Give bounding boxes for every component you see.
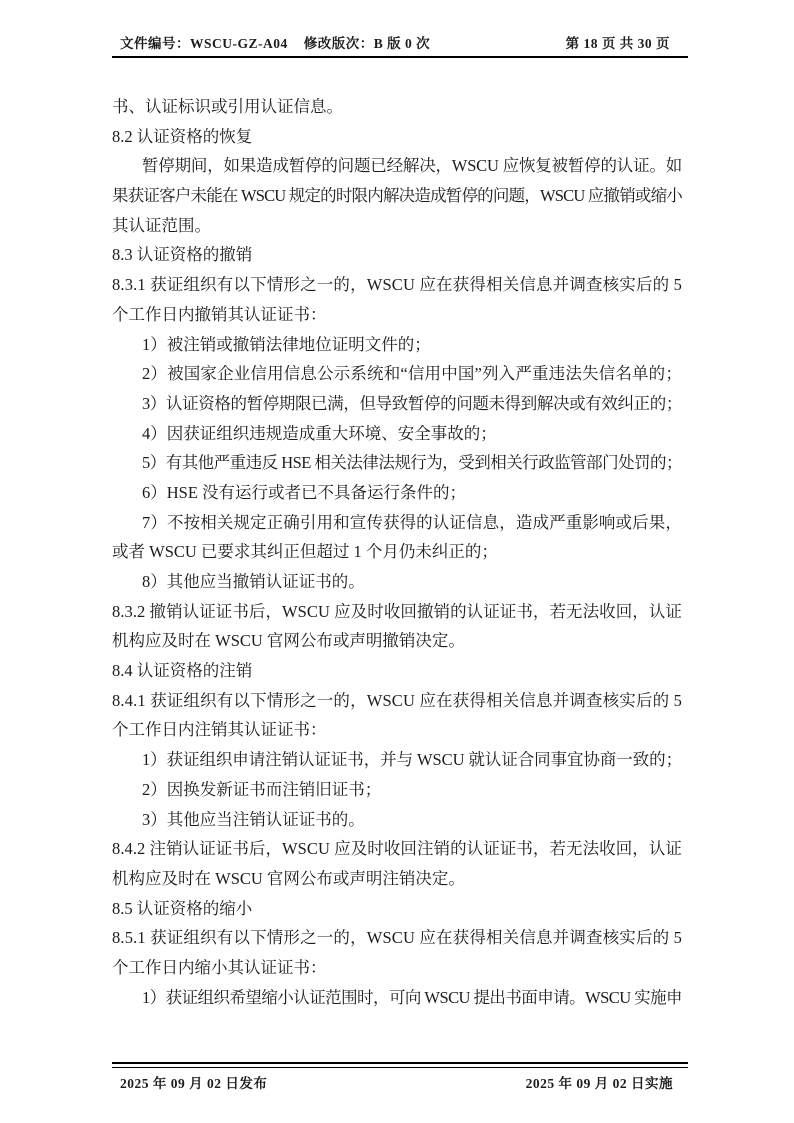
body-line-text: 2）被国家企业信用信息公示系统和“信用中国”列入严重违法失信名单的； [142,359,682,389]
body-line: 个工作日内缩小其认证证书： [112,953,682,983]
page-footer: 2025 年 09 月 02 日发布 2025 年 09 月 02 日实施 [112,1072,688,1092]
body-line: 其认证范围。 [112,211,682,241]
body-line-text: 果获证客户未能在 WSCU 规定的时限内解决造成暂停的问题，WSCU 应撤销或缩… [112,181,682,211]
body-line: 8.4.1 获证组织有以下情形之一的，WSCU 应在获得相关信息并调查核实后的 … [112,686,682,716]
body-line: 8.2 认证资格的恢复 [112,122,682,152]
body-line-text: 1）获证组织申请注销认证证书，并与 WSCU 就认证合同事宜协商一致的； [142,745,682,775]
body-line-text: 2）因换发新证书而注销旧证书； [142,775,381,805]
body-line-text: 个工作日内注销其认证证书： [112,715,327,745]
body-line-text: 或者 WSCU 已要求其纠正但超过 1 个月仍未纠正的； [112,537,498,567]
body-line-text: 8.3.1 获证组织有以下情形之一的，WSCU 应在获得相关信息并调查核实后的 … [112,270,682,300]
body-line-text: 8.4.1 获证组织有以下情形之一的，WSCU 应在获得相关信息并调查核实后的 … [112,686,682,716]
body-line-text: 机构应及时在 WSCU 官网公布或声明注销决定。 [112,864,465,894]
body-line-text: 8.5.1 获证组织有以下情形之一的，WSCU 应在获得相关信息并调查核实后的 … [112,923,682,953]
body-line: 8.4.2 注销认证证书后，WSCU 应及时收回注销的认证证书，若无法收回，认证 [112,834,682,864]
body-line: 2）被国家企业信用信息公示系统和“信用中国”列入严重违法失信名单的； [112,359,682,389]
body-line: 8.3.1 获证组织有以下情形之一的，WSCU 应在获得相关信息并调查核实后的 … [112,270,682,300]
header-rule [112,56,688,58]
footer-rule [112,1062,688,1068]
body-line: 4）因获证组织违规造成重大环境、安全事故的； [112,419,682,449]
body-line-text: 个工作日内缩小其认证证书： [112,953,327,983]
document-body: 书、认证标识或引用认证信息。8.2 认证资格的恢复暂停期间，如果造成暂停的问题已… [112,92,682,1012]
body-line: 5）有其他严重违反 HSE 相关法律法规行为，受到相关行政监管部门处罚的； [112,448,682,478]
body-line: 8）其他应当撤销认证证书的。 [112,567,682,597]
release-date: 2025 年 09 月 02 日发布 [120,1072,267,1092]
body-line: 8.5.1 获证组织有以下情形之一的，WSCU 应在获得相关信息并调查核实后的 … [112,923,682,953]
body-line: 8.3.2 撤销认证证书后，WSCU 应及时收回撤销的认证证书，若无法收回，认证 [112,597,682,627]
body-line: 3）认证资格的暂停期限已满，但导致暂停的问题未得到解决或有效纠正的； [112,389,682,419]
body-line: 机构应及时在 WSCU 官网公布或声明撤销决定。 [112,626,682,656]
body-line: 暂停期间，如果造成暂停的问题已经解决，WSCU 应恢复被暂停的认证。如 [112,151,682,181]
page-number-info: 第 18 页 共 30 页 [566,32,670,52]
body-line: 机构应及时在 WSCU 官网公布或声明注销决定。 [112,864,682,894]
body-line-text: 3）其他应当注销认证证书的。 [142,805,365,835]
body-line: 6）HSE 没有运行或者已不具备运行条件的； [112,478,682,508]
revision-info: 修改版次：B 版 0 次 [304,32,430,52]
body-line-text: 6）HSE 没有运行或者已不具备运行条件的； [142,478,466,508]
body-line: 1）获证组织申请注销认证证书，并与 WSCU 就认证合同事宜协商一致的； [112,745,682,775]
body-line-text: 5）有其他严重违反 HSE 相关法律法规行为，受到相关行政监管部门处罚的； [142,448,682,478]
body-line-text: 7）不按相关规定正确引用和宣传获得的认证信息，造成严重影响或后果， [142,508,682,538]
body-line-text: 其认证范围。 [112,211,211,241]
document-page: 文件编号：WSCU-GZ-A04 修改版次：B 版 0 次 第 18 页 共 3… [0,0,794,1123]
doc-number: 文件编号：WSCU-GZ-A04 [120,32,288,52]
body-line: 8.3 认证资格的撤销 [112,240,682,270]
body-line: 果获证客户未能在 WSCU 规定的时限内解决造成暂停的问题，WSCU 应撤销或缩… [112,181,682,211]
body-line: 1）获证组织希望缩小认证范围时，可向 WSCU 提出书面申请。WSCU 实施申 [112,983,682,1013]
body-line-text: 8.5 认证资格的缩小 [112,894,252,924]
body-line: 个工作日内撤销其认证证书： [112,300,682,330]
body-line: 1）被注销或撤销法律地位证明文件的； [112,330,682,360]
body-line-text: 机构应及时在 WSCU 官网公布或声明撤销决定。 [112,626,465,656]
body-line-text: 8.2 认证资格的恢复 [112,122,252,152]
body-line-text: 个工作日内撤销其认证证书： [112,300,327,330]
body-line: 书、认证标识或引用认证信息。 [112,92,682,122]
body-line-text: 8.3 认证资格的撤销 [112,240,252,270]
body-line-text: 书、认证标识或引用认证信息。 [112,92,343,122]
body-line: 7）不按相关规定正确引用和宣传获得的认证信息，造成严重影响或后果， [112,508,682,538]
body-line: 8.5 认证资格的缩小 [112,894,682,924]
body-line-text: 8.4.2 注销认证证书后，WSCU 应及时收回注销的认证证书，若无法收回，认证 [112,834,682,864]
body-line-text: 1）被注销或撤销法律地位证明文件的； [142,330,431,360]
body-line-text: 暂停期间，如果造成暂停的问题已经解决，WSCU 应恢复被暂停的认证。如 [142,151,682,181]
body-line-text: 8.4 认证资格的注销 [112,656,252,686]
body-line: 或者 WSCU 已要求其纠正但超过 1 个月仍未纠正的； [112,537,682,567]
body-line: 2）因换发新证书而注销旧证书； [112,775,682,805]
body-line-text: 1）获证组织希望缩小认证范围时，可向 WSCU 提出书面申请。WSCU 实施申 [142,983,682,1013]
body-line-text: 8）其他应当撤销认证证书的。 [142,567,365,597]
body-line-text: 4）因获证组织违规造成重大环境、安全事故的； [142,419,497,449]
body-line-text: 8.3.2 撤销认证证书后，WSCU 应及时收回撤销的认证证书，若无法收回，认证 [112,597,682,627]
body-line: 个工作日内注销其认证证书： [112,715,682,745]
page-header: 文件编号：WSCU-GZ-A04 修改版次：B 版 0 次 第 18 页 共 3… [112,32,688,52]
body-line: 3）其他应当注销认证证书的。 [112,805,682,835]
body-line-text: 3）认证资格的暂停期限已满，但导致暂停的问题未得到解决或有效纠正的； [142,389,682,419]
implement-date: 2025 年 09 月 02 日实施 [526,1072,673,1092]
body-line: 8.4 认证资格的注销 [112,656,682,686]
